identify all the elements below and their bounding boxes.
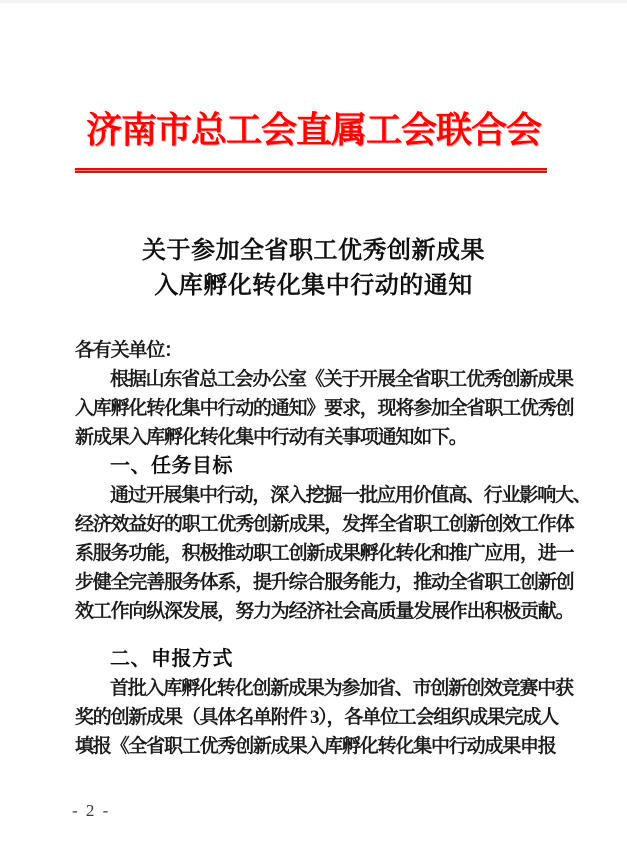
body-text-line: 效工作向纵深发展，努力为经济社会高质量发展作出积极贡献。 bbox=[75, 597, 563, 626]
body-text-line: 填报《全省职工优秀创新成果入库孵化转化集中行动成果申报 bbox=[75, 732, 563, 761]
page-number: - 2 - bbox=[72, 801, 110, 821]
body-section-heading: 二、申报方式 bbox=[75, 645, 563, 674]
document-title-line2: 入库孵化转化集中行动的通知 bbox=[0, 268, 627, 303]
body-text-line: 经济效益好的职工优秀创新成果，发挥全省职工创新创效工作体 bbox=[75, 510, 563, 539]
body-text-line: 奖的创新成果（具体名单附件 3），各单位工会组织成果完成人 bbox=[75, 703, 563, 732]
letterhead-rule bbox=[75, 168, 547, 173]
body-text-line: 根据山东省总工会办公室《关于开展全省职工优秀创新成果 bbox=[75, 365, 563, 394]
scan-edge-artifact bbox=[0, 0, 627, 3]
body-text-line: 各有关单位： bbox=[75, 336, 563, 365]
body-text-line: 通过开展集中行动，深入挖掘一批应用价值高、行业影响大、 bbox=[75, 481, 563, 510]
document-page: 济南市总工会直属工会联合会 关于参加全省职工优秀创新成果 入库孵化转化集中行动的… bbox=[0, 0, 627, 852]
body-text-line: 新成果入库孵化转化集中行动有关事项通知如下。 bbox=[75, 423, 563, 452]
document-title-line1: 关于参加全省职工优秀创新成果 bbox=[0, 233, 627, 268]
letterhead-org-name: 济南市总工会直属工会联合会 bbox=[0, 108, 627, 152]
document-body: 各有关单位：根据山东省总工会办公室《关于开展全省职工优秀创新成果入库孵化转化集中… bbox=[75, 336, 563, 761]
document-title: 关于参加全省职工优秀创新成果 入库孵化转化集中行动的通知 bbox=[0, 233, 627, 303]
body-text-line: 入库孵化转化集中行动的通知》要求，现将参加全省职工优秀创 bbox=[75, 394, 563, 423]
body-section-heading: 一、任务目标 bbox=[75, 452, 563, 481]
body-text-line: 步健全完善服务体系，提升综合服务能力，推动全省职工创新创 bbox=[75, 568, 563, 597]
body-text-line: 系服务功能，积极推动职工创新成果孵化转化和推广应用，进一 bbox=[75, 539, 563, 568]
body-text-line: 首批入库孵化转化创新成果为参加省、市创新创效竞赛中获 bbox=[75, 674, 563, 703]
